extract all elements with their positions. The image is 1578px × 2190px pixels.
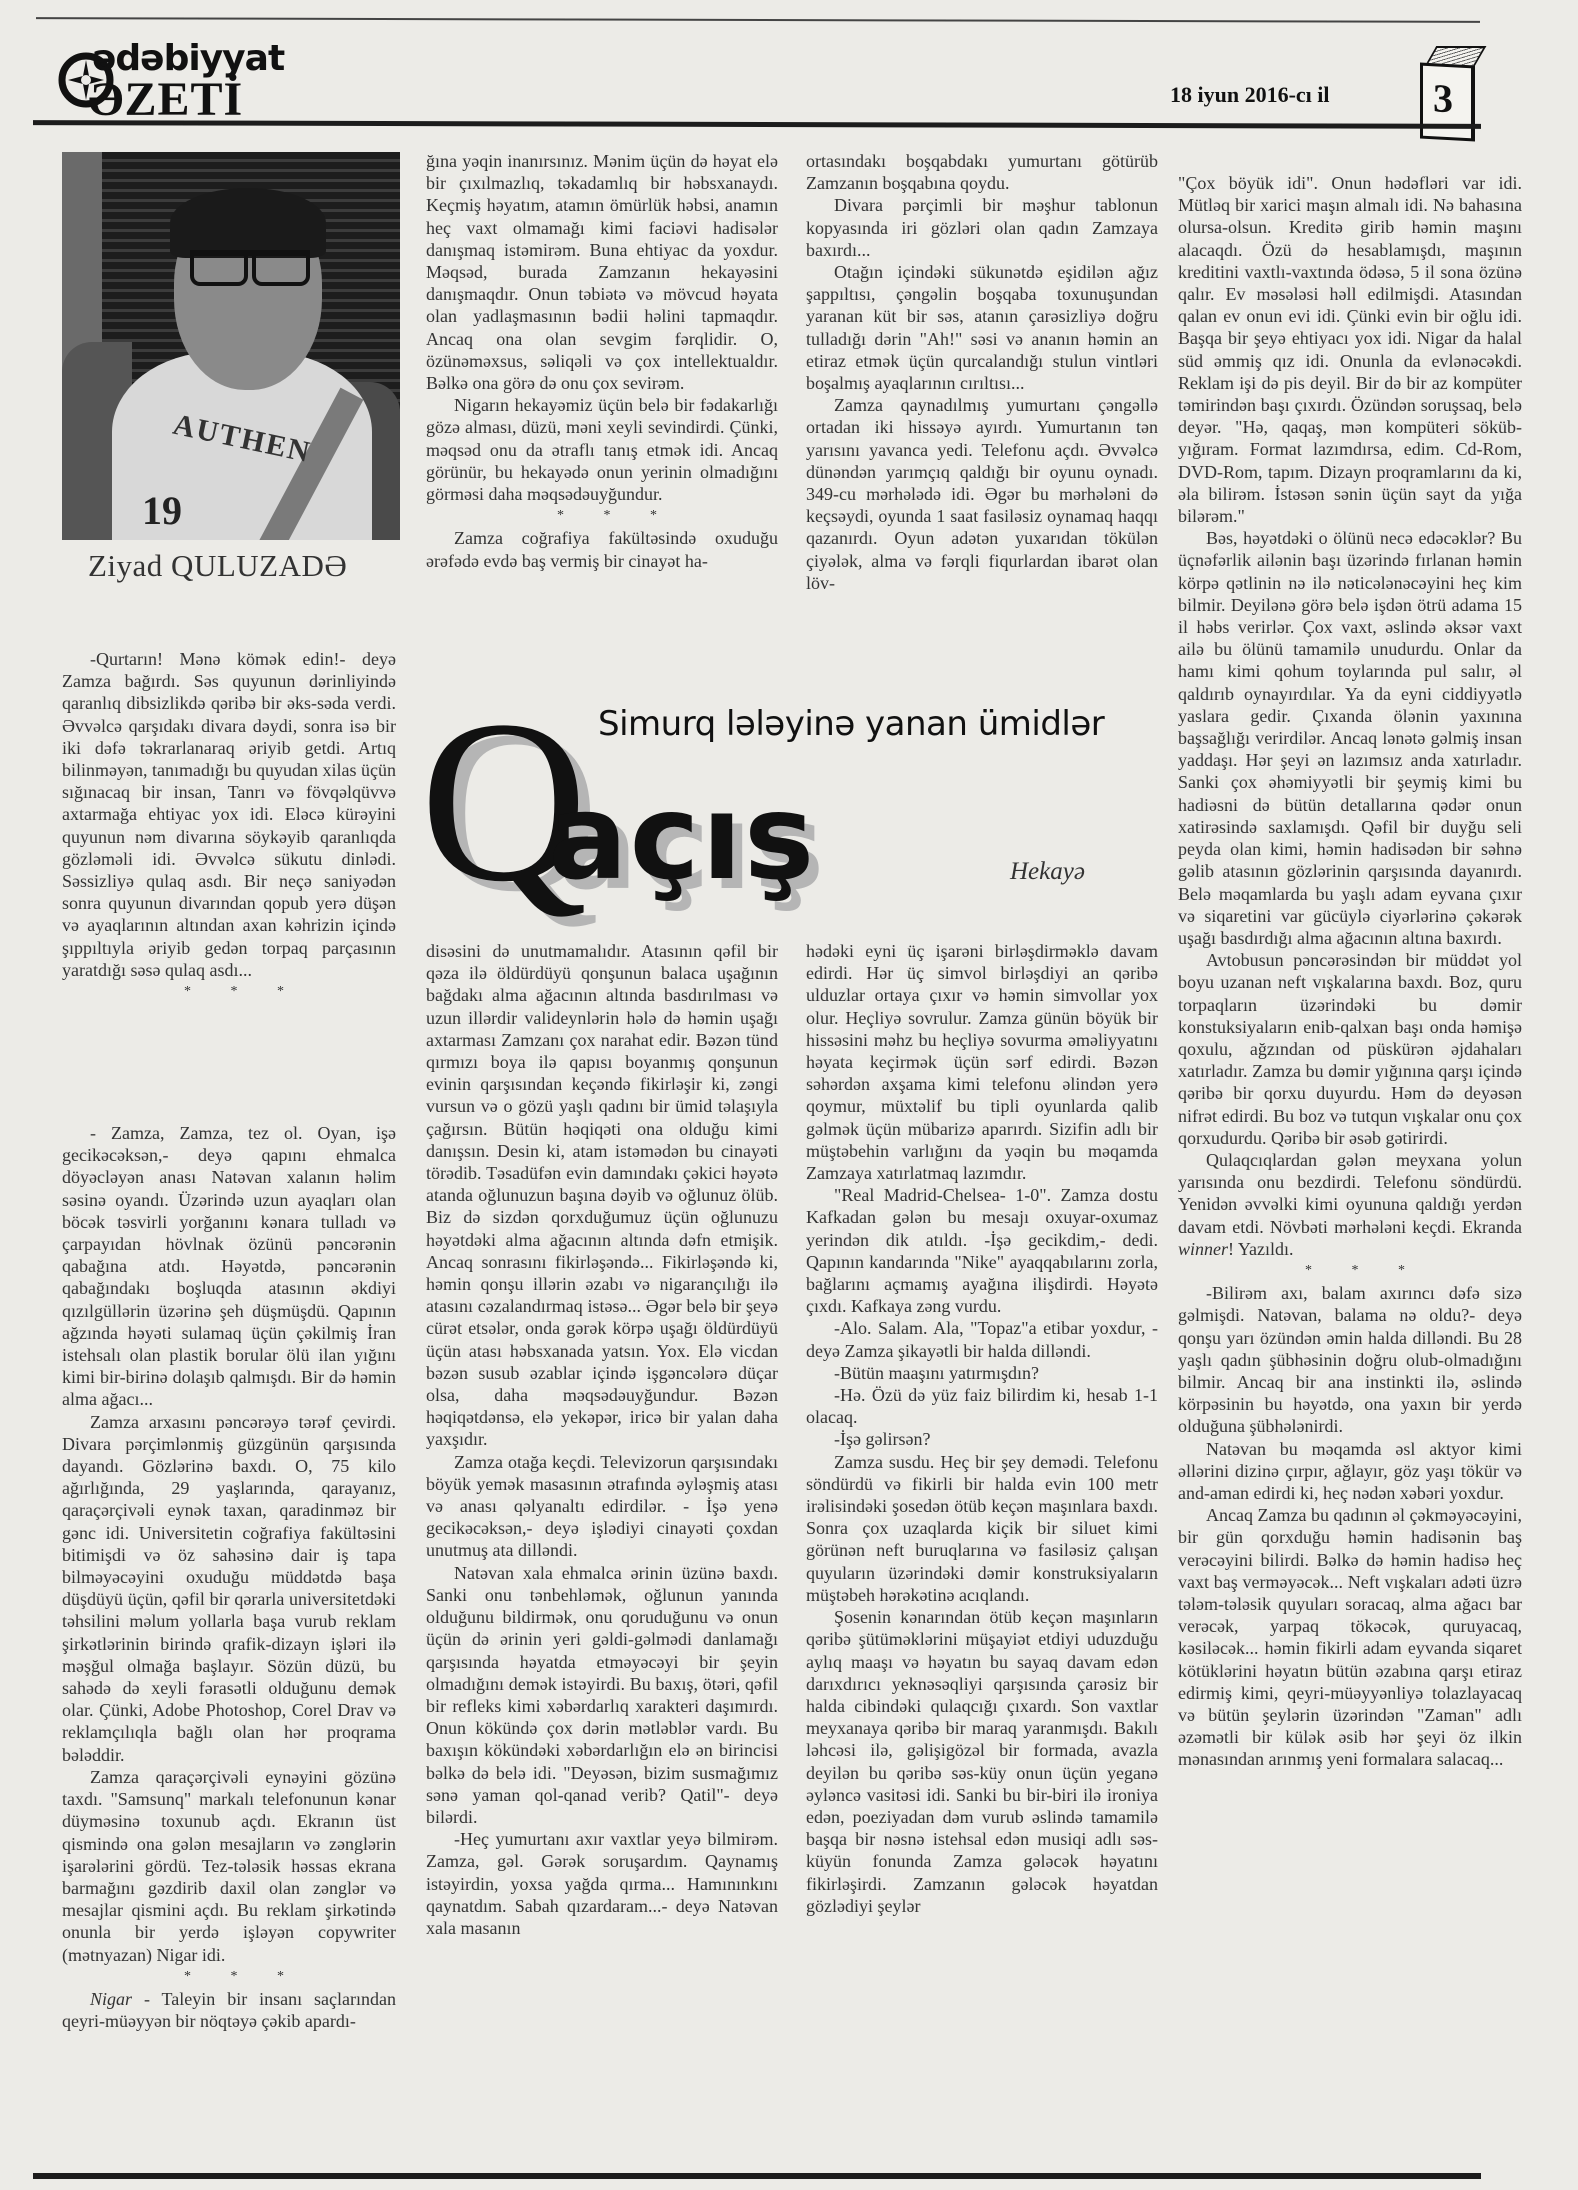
paragraph: -Bütün maaşını yatırmışdın?: [806, 1362, 1158, 1384]
paragraph: Zamza otağa keçdi. Televizorun qarşısınd…: [426, 1451, 778, 1562]
section-separator: * * *: [62, 981, 396, 1003]
column-1-bottom: - Zamza, Zamza, tez ol. Oyan, işə gecikə…: [62, 1122, 396, 2032]
column-2-top: ğına yəqin inanırsınız. Mənim üçün də hə…: [426, 150, 778, 572]
footer-thick-rule: [33, 2173, 1481, 2179]
paragraph: Nigarın hekayəmiz üçün belə bir fədakarl…: [426, 394, 778, 505]
paragraph: -Bilirəm axı, balam axırıncı dəfə sizə g…: [1178, 1282, 1522, 1437]
paragraph: hədəki eyni üç işarəni birləşdirməklə da…: [806, 940, 1158, 1184]
paragraph: "Real Madrid-Chelsea- 1-0". Zamza dostu …: [806, 1184, 1158, 1317]
page-number: 3: [1433, 74, 1453, 122]
section-separator: * * *: [426, 505, 778, 527]
paragraph: Bəs, həyətdəki o ölünü necə edəcəklər? B…: [1178, 527, 1522, 949]
paragraph: - Zamza, Zamza, tez ol. Oyan, işə gecikə…: [62, 1122, 396, 1411]
paragraph: -Qurtarın! Mənə kömək edin!- deyə Zamza …: [62, 648, 396, 981]
section-separator: * * *: [1178, 1260, 1522, 1282]
paragraph: -Heç yumurtanı axır vaxtlar yeyə bilmirə…: [426, 1828, 778, 1939]
paragraph: Natəvan xala ehmalca ərinin üzünə baxdı.…: [426, 1562, 778, 1828]
paragraph: Şosenin kənarından ötüb keçən maşınların…: [806, 1606, 1158, 1917]
column-1-top: -Qurtarın! Mənə kömək edin!- deyə Zamza …: [62, 648, 396, 1003]
paragraph: Zamza qaraçərçivəli eynəyini gözünə taxd…: [62, 1766, 396, 1966]
newspaper-logo: ədəbiyyat ƏZETİ: [52, 38, 322, 118]
paragraph: ortasındakı boşqabdakı yumurtanı götürüb…: [806, 150, 1158, 194]
column-2-bottom: disəsini də unutmamalıdır. Atasının qəfi…: [426, 940, 778, 1939]
paragraph: Otağın içindəki sükunətdə eşidilən ağız …: [806, 261, 1158, 394]
page-number-badge: 3: [1420, 63, 1475, 142]
paragraph: Divara pərçimli bir məşhur tablonun kopy…: [806, 194, 1158, 261]
paragraph: -İşə gəlirsən?: [806, 1428, 1158, 1450]
paragraph: Qulaqcıqlardan gələn meyxana yolun yarıs…: [1178, 1149, 1522, 1260]
paragraph: Zamza arxasını pəncərəyə tərəf çevirdi. …: [62, 1411, 396, 1766]
paragraph: Zamza susdu. Heç bir şey demədi. Telefon…: [806, 1451, 1158, 1606]
paragraph: "Çox böyük idi". Onun hədəfləri var idi.…: [1178, 172, 1522, 527]
issue-date: 18 iyun 2016-cı il: [1170, 82, 1330, 108]
paragraph: Nigar - Taleyin bir insanı saçlarından q…: [62, 1988, 396, 2032]
column-4: "Çox böyük idi". Onun hədəfləri var idi.…: [1178, 172, 1522, 1771]
section-separator: * * *: [62, 1966, 396, 1988]
column-3-bottom: hədəki eyni üç işarəni birləşdirməklə da…: [806, 940, 1158, 1917]
logo-text-bottom: ƏZETİ: [88, 72, 243, 127]
article-subtitle: Simurq lələyinə yanan ümidlər: [598, 704, 1104, 744]
paragraph: Zamza qaynadılmış yumurtanı çəngəllə ort…: [806, 394, 1158, 594]
paragraph: Natəvan bu məqamda əsl aktyor kimi əllər…: [1178, 1438, 1522, 1505]
article-title: açış: [548, 778, 816, 896]
author-name: Ziyad QULUZADƏ: [88, 548, 347, 584]
paragraph: ğına yəqin inanırsınız. Mənim üçün də hə…: [426, 150, 778, 394]
column-3-top: ortasındakı boşqabdakı yumurtanı götürüb…: [806, 150, 1158, 594]
header-thick-rule: [33, 120, 1481, 129]
paragraph: -Alo. Salam. Ala, "Topaz"a etibar yoxdur…: [806, 1317, 1158, 1361]
paragraph: disəsini də unutmamalıdır. Atasının qəfi…: [426, 940, 778, 1451]
paragraph: -Hə. Özü də yüz faiz bilirdim ki, hesab …: [806, 1384, 1158, 1428]
article-genre: Hekayə: [1010, 858, 1085, 886]
paragraph: Avtobusun pəncərəsindən bir müddət yol b…: [1178, 949, 1522, 1149]
author-photo: AUTHEN 19: [62, 152, 400, 540]
paragraph: Zamza coğrafiya fakültəsində oxuduğu ərə…: [426, 527, 778, 571]
paragraph: Ancaq Zamza bu qadının əl çəkməyəcəyini,…: [1178, 1504, 1522, 1770]
top-thin-rule: [36, 17, 1480, 23]
